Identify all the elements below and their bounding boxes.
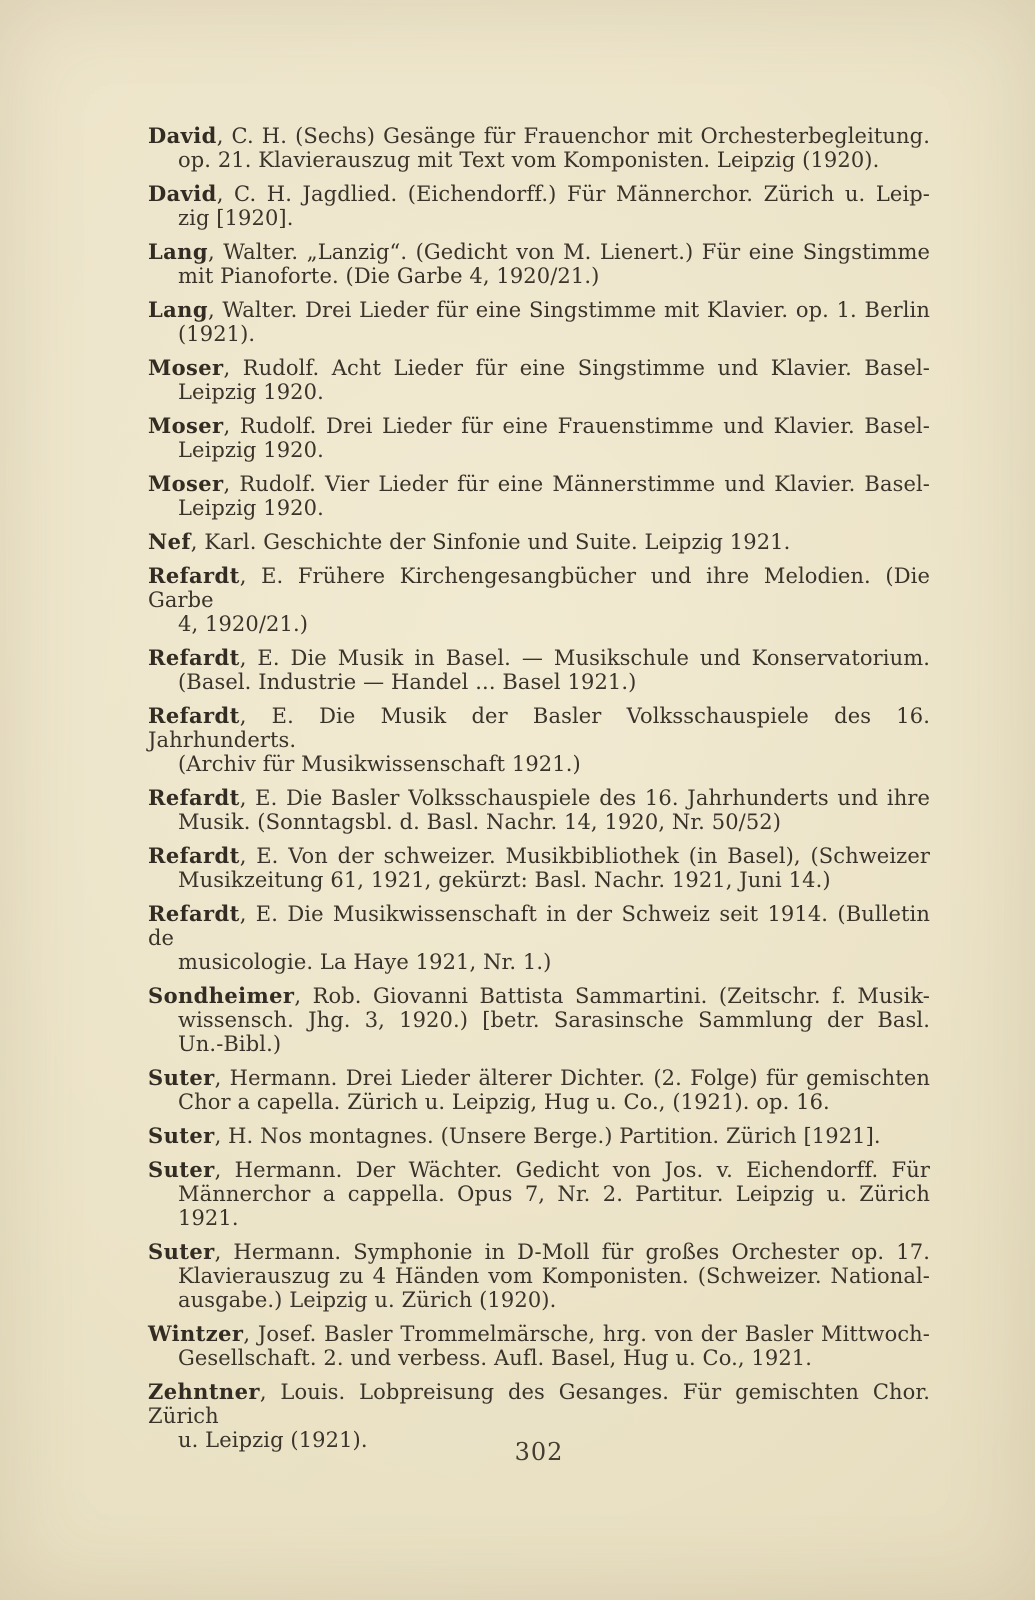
entry-line: Refardt, E. Von der schweizer. Musikbibl… (148, 844, 930, 868)
entry-line: Leipzig 1920. (148, 380, 930, 404)
author-name: Zehntner (148, 1379, 260, 1404)
author-name: Refardt (148, 645, 240, 670)
author-name: Moser (148, 413, 224, 438)
entry-line: Gesellschaft. 2. und verbess. Aufl. Base… (148, 1346, 930, 1370)
bibliography-entry: David, C. H. (Sechs) Gesänge für Frauenc… (148, 124, 930, 172)
bibliography-entry: Suter, Hermann. Drei Lieder älterer Dich… (148, 1066, 930, 1114)
entry-line: Zehntner, Louis. Lobpreisung des Gesange… (148, 1380, 930, 1428)
bibliography-entry: Refardt, E. Frühere Kirchengesangbücher … (148, 564, 930, 636)
entry-line: David, C. H. (Sechs) Gesänge für Frauenc… (148, 124, 930, 148)
entry-line: Moser, Rudolf. Acht Lieder für eine Sing… (148, 356, 930, 380)
entry-line: 4, 1920/21.) (148, 612, 930, 636)
entry-line: Suter, Hermann. Drei Lieder älterer Dich… (148, 1066, 930, 1090)
entry-line: Moser, Rudolf. Drei Lieder für eine Frau… (148, 414, 930, 438)
bibliography-entry: David, C. H. Jagdlied. (Eichendorff.) Fü… (148, 182, 930, 230)
author-name: Moser (148, 355, 224, 380)
author-name: Refardt (148, 843, 240, 868)
bibliography-entry: Moser, Rudolf. Vier Lieder für eine Männ… (148, 472, 930, 520)
entry-line: wissensch. Jhg. 3, 1920.) [betr. Sarasin… (148, 1008, 930, 1032)
entry-line: Wintzer, Josef. Basler Trommelmärsche, h… (148, 1322, 930, 1346)
entry-line: (Archiv für Musikwissenschaft 1921.) (148, 752, 930, 776)
entry-line: Männerchor a cappella. Opus 7, Nr. 2. Pa… (148, 1182, 930, 1206)
bibliography-entry: Refardt, E. Die Basler Volksschauspiele … (148, 786, 930, 834)
bibliography-entry: Suter, H. Nos montagnes. (Unsere Berge.)… (148, 1124, 930, 1148)
author-name: Suter (148, 1123, 215, 1148)
bibliography-entry: Moser, Rudolf. Drei Lieder für eine Frau… (148, 414, 930, 462)
bibliography-entry: Lang, Walter. „Lanzig“. (Gedicht von M. … (148, 240, 930, 288)
author-name: David (148, 181, 217, 206)
author-name: Suter (148, 1065, 215, 1090)
entry-line: Nef, Karl. Geschichte der Sinfonie und S… (148, 530, 930, 554)
bibliography-entry: Refardt, E. Die Musik in Basel. — Musiks… (148, 646, 930, 694)
entry-line: ausgabe.) Leipzig u. Zürich (1920). (148, 1288, 930, 1312)
entry-line: Un.-Bibl.) (148, 1032, 930, 1056)
author-name: Nef (148, 529, 191, 554)
entry-line: Leipzig 1920. (148, 438, 930, 462)
entry-line: Klavierauszug zu 4 Händen vom Komponiste… (148, 1264, 930, 1288)
entry-line: David, C. H. Jagdlied. (Eichendorff.) Fü… (148, 182, 930, 206)
entry-line: Chor a capella. Zürich u. Leipzig, Hug u… (148, 1090, 930, 1114)
entry-line: mit Pianoforte. (Die Garbe 4, 1920/21.) (148, 264, 930, 288)
bibliography-list: David, C. H. (Sechs) Gesänge für Frauenc… (148, 124, 930, 1462)
bibliography-entry: Refardt, E. Die Musikwissenschaft in der… (148, 902, 930, 974)
entry-line: Lang, Walter. „Lanzig“. (Gedicht von M. … (148, 240, 930, 264)
entry-line: (Basel. Industrie — Handel ... Basel 192… (148, 670, 930, 694)
entry-line: Musikzeitung 61, 1921, gekürzt: Basl. Na… (148, 868, 930, 892)
bibliography-entry: Suter, Hermann. Symphonie in D-Moll für … (148, 1240, 930, 1312)
author-name: Moser (148, 471, 224, 496)
entry-line: musicologie. La Haye 1921, Nr. 1.) (148, 950, 930, 974)
bibliography-entry: Moser, Rudolf. Acht Lieder für eine Sing… (148, 356, 930, 404)
author-name: Lang (148, 297, 208, 322)
entry-line: Refardt, E. Die Musik der Basler Volkssc… (148, 704, 930, 752)
book-page: David, C. H. (Sechs) Gesänge für Frauenc… (0, 0, 1035, 1600)
author-name: Refardt (148, 901, 240, 926)
bibliography-entry: Sondheimer, Rob. Giovanni Battista Samma… (148, 984, 930, 1056)
entry-line: Suter, Hermann. Der Wächter. Gedicht von… (148, 1158, 930, 1182)
author-name: Refardt (148, 563, 240, 588)
bibliography-entry: Nef, Karl. Geschichte der Sinfonie und S… (148, 530, 930, 554)
author-name: Lang (148, 239, 208, 264)
entry-line: Refardt, E. Frühere Kirchengesangbücher … (148, 564, 930, 612)
entry-line: 1921. (148, 1206, 930, 1230)
bibliography-entry: Lang, Walter. Drei Lieder für eine Sings… (148, 298, 930, 346)
bibliography-entry: Refardt, E. Von der schweizer. Musikbibl… (148, 844, 930, 892)
entry-line: zig [1920]. (148, 206, 930, 230)
bibliography-entry: Wintzer, Josef. Basler Trommelmärsche, h… (148, 1322, 930, 1370)
entry-line: op. 21. Klavierauszug mit Text vom Kompo… (148, 148, 930, 172)
entry-line: Sondheimer, Rob. Giovanni Battista Samma… (148, 984, 930, 1008)
bibliography-entry: Suter, Hermann. Der Wächter. Gedicht von… (148, 1158, 930, 1230)
author-name: Refardt (148, 703, 240, 728)
author-name: Suter (148, 1239, 215, 1264)
entry-line: Moser, Rudolf. Vier Lieder für eine Männ… (148, 472, 930, 496)
author-name: Suter (148, 1157, 215, 1182)
bibliography-entry: Refardt, E. Die Musik der Basler Volkssc… (148, 704, 930, 776)
page-number: 302 (148, 1438, 930, 1466)
entry-line: Suter, H. Nos montagnes. (Unsere Berge.)… (148, 1124, 930, 1148)
entry-line: Lang, Walter. Drei Lieder für eine Sings… (148, 298, 930, 322)
entry-line: Refardt, E. Die Musik in Basel. — Musiks… (148, 646, 930, 670)
entry-line: Refardt, E. Die Musikwissenschaft in der… (148, 902, 930, 950)
author-name: Sondheimer (148, 983, 294, 1008)
author-name: David (148, 123, 217, 148)
entry-line: (1921). (148, 322, 930, 346)
entry-line: Refardt, E. Die Basler Volksschauspiele … (148, 786, 930, 810)
author-name: Refardt (148, 785, 240, 810)
author-name: Wintzer (148, 1321, 243, 1346)
entry-line: Suter, Hermann. Symphonie in D-Moll für … (148, 1240, 930, 1264)
entry-line: Leipzig 1920. (148, 496, 930, 520)
entry-line: Musik. (Sonntagsbl. d. Basl. Nachr. 14, … (148, 810, 930, 834)
